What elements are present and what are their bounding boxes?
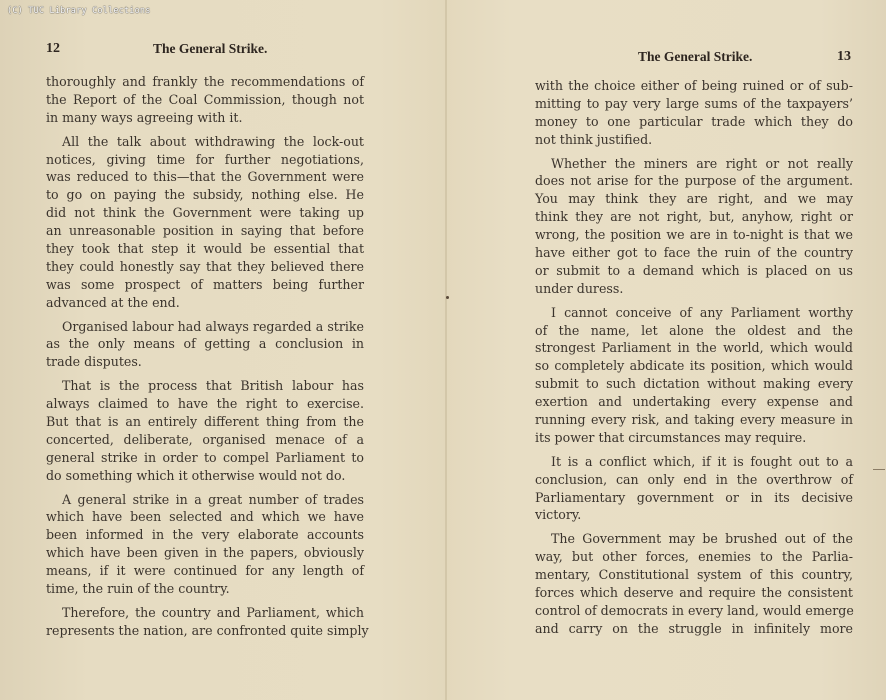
left-page: 12 The General Strike. thoroughly and fr…: [0, 0, 446, 700]
text-line: its power that circumstances may require…: [535, 429, 853, 447]
paragraph: All the talk about withdrawing the lock-…: [46, 133, 364, 312]
text-line: conclusion, can only end in the overthro…: [535, 471, 853, 489]
text-line: did not think the Government were taking…: [46, 204, 364, 222]
paragraph: Organised labour had always regarded a s…: [46, 318, 364, 372]
book-spread: 12 The General Strike. thoroughly and fr…: [0, 0, 886, 700]
text-line: as the only means of getting a conclusio…: [46, 335, 364, 353]
text-line: concerted, deliberate, organised menace …: [46, 431, 364, 449]
paragraph: Whether the miners are right or not real…: [535, 155, 853, 298]
text-line: an unreasonable position in saying that …: [46, 222, 364, 240]
paragraph: with the choice either of being ruined o…: [535, 77, 853, 149]
book-gutter: [445, 0, 447, 700]
text-line: running every risk, and taking every mea…: [535, 411, 853, 429]
text-line: to go on paying the subsidy, nothing els…: [46, 186, 364, 204]
text-line: exertion and undertaking every expense a…: [535, 393, 853, 411]
text-line: always claimed to have the right to exer…: [46, 395, 364, 413]
text-line: and carry on the struggle in infinitely …: [535, 620, 853, 638]
text-line: forces which deserve and require the con…: [535, 584, 853, 602]
paragraph: A general strike in a great number of tr…: [46, 491, 364, 598]
text-line: money to one particular trade which they…: [535, 113, 853, 131]
text-line: thoroughly and frankly the recommendatio…: [46, 73, 364, 91]
text-line: in many ways agreeing with it.: [46, 109, 364, 127]
text-line: The Government may be brushed out of the: [535, 530, 853, 548]
text-line: they could honestly say that they believ…: [46, 258, 364, 276]
text-line: That is the process that British labour …: [46, 377, 364, 395]
text-line: means, if it were continued for any leng…: [46, 562, 364, 580]
text-line: so completely abdicate its position, whi…: [535, 357, 853, 375]
text-line: which have been selected and which we ha…: [46, 508, 364, 526]
text-line: All the talk about withdrawing the lock-…: [46, 133, 364, 151]
text-line: submit to such dictation without making …: [535, 375, 853, 393]
text-line: not think justified.: [535, 131, 853, 149]
text-line: was reduced to this—that the Government …: [46, 168, 364, 186]
text-line: advanced at the end.: [46, 294, 364, 312]
paragraph: That is the process that British labour …: [46, 377, 364, 484]
paragraph: It is a conflict which, if it is fought …: [535, 453, 853, 525]
text-line: I cannot conceive of any Parliament wort…: [535, 304, 853, 322]
text-line: But that is an entirely different thing …: [46, 413, 364, 431]
paragraph: thoroughly and frankly the recommendatio…: [46, 73, 364, 127]
page-body: with the choice either of being ruined o…: [535, 77, 853, 644]
text-line: You may think they are right, and we may: [535, 190, 853, 208]
text-line: Organised labour had always regarded a s…: [46, 318, 364, 336]
gutter-mark: [446, 296, 449, 299]
text-line: A general strike in a great number of tr…: [46, 491, 364, 509]
text-line: with the choice either of being ruined o…: [535, 77, 853, 95]
text-line: Therefore, the country and Parliament, w…: [46, 604, 364, 622]
text-line: It is a conflict which, if it is fought …: [535, 453, 853, 471]
text-line: been informed in the very elaborate acco…: [46, 526, 364, 544]
margin-mark: [873, 469, 885, 470]
text-line: mentary, Constitutional system of this c…: [535, 566, 853, 584]
text-line: control of democrats in every land, woul…: [535, 602, 853, 620]
text-line: does not arise for the purpose of the ar…: [535, 172, 853, 190]
text-line: do something which it otherwise would no…: [46, 467, 364, 485]
text-line: Parliamentary government or in its decis…: [535, 489, 853, 507]
text-line: they took that step it would be essentia…: [46, 240, 364, 258]
text-line: notices, giving time for further negotia…: [46, 151, 364, 169]
text-line: mitting to pay very large sums of the ta…: [535, 95, 853, 113]
page-body: thoroughly and frankly the recommendatio…: [46, 73, 364, 646]
text-line: strongest Parliament in the world, which…: [535, 339, 853, 357]
text-line: have either got to face the ruin of the …: [535, 244, 853, 262]
page-number: 13: [837, 49, 851, 65]
text-line: the Report of the Coal Commission, thoug…: [46, 91, 364, 109]
text-line: think they are not right, but, anyhow, r…: [535, 208, 853, 226]
text-line: way, but other forces, enemies to the Pa…: [535, 548, 853, 566]
text-line: general strike in order to compel Parlia…: [46, 449, 364, 467]
text-line: Whether the miners are right or not real…: [535, 155, 853, 173]
copyright-watermark: (C) TUC Library Collections: [7, 6, 151, 16]
text-line: time, the ruin of the country.: [46, 580, 364, 598]
text-line: under duress.: [535, 280, 853, 298]
text-line: which have been given in the papers, obv…: [46, 544, 364, 562]
running-title: The General Strike.: [153, 41, 267, 57]
text-line: trade disputes.: [46, 353, 364, 371]
running-title: The General Strike.: [638, 49, 752, 65]
text-line: or submit to a demand which is placed on…: [535, 262, 853, 280]
paragraph: The Government may be brushed out of the…: [535, 530, 853, 637]
paragraph: Therefore, the country and Parliament, w…: [46, 604, 364, 640]
right-page: The General Strike. 13 with the choice e…: [446, 0, 886, 700]
paragraph: I cannot conceive of any Parliament wort…: [535, 304, 853, 447]
page-number: 12: [46, 41, 60, 57]
text-line: wrong, the position we are in to-night i…: [535, 226, 853, 244]
text-line: of the name, let alone the oldest and th…: [535, 322, 853, 340]
text-line: victory.: [535, 506, 853, 524]
text-line: represents the nation, are confronted qu…: [46, 622, 364, 640]
text-line: was some prospect of matters being furth…: [46, 276, 364, 294]
